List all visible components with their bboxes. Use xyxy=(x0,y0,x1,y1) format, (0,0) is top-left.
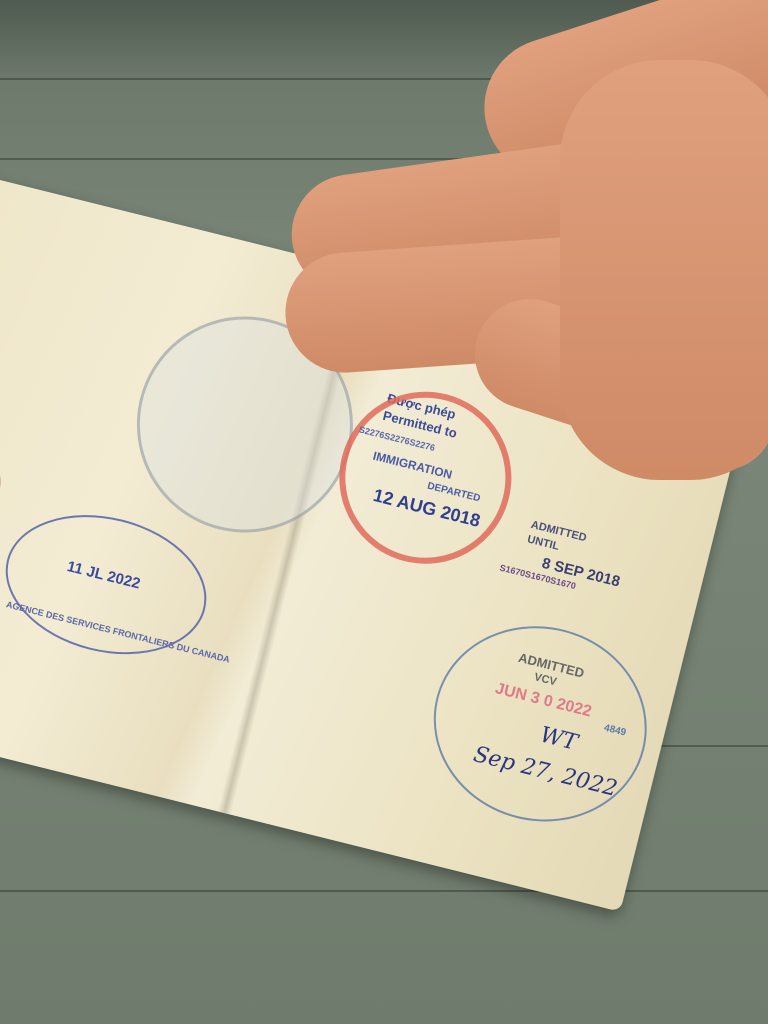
usa-stamp xyxy=(413,604,668,844)
palm xyxy=(560,60,768,480)
gear-illustration xyxy=(0,430,10,534)
plank-seam xyxy=(0,890,768,892)
red-circle-stamp xyxy=(321,373,530,582)
